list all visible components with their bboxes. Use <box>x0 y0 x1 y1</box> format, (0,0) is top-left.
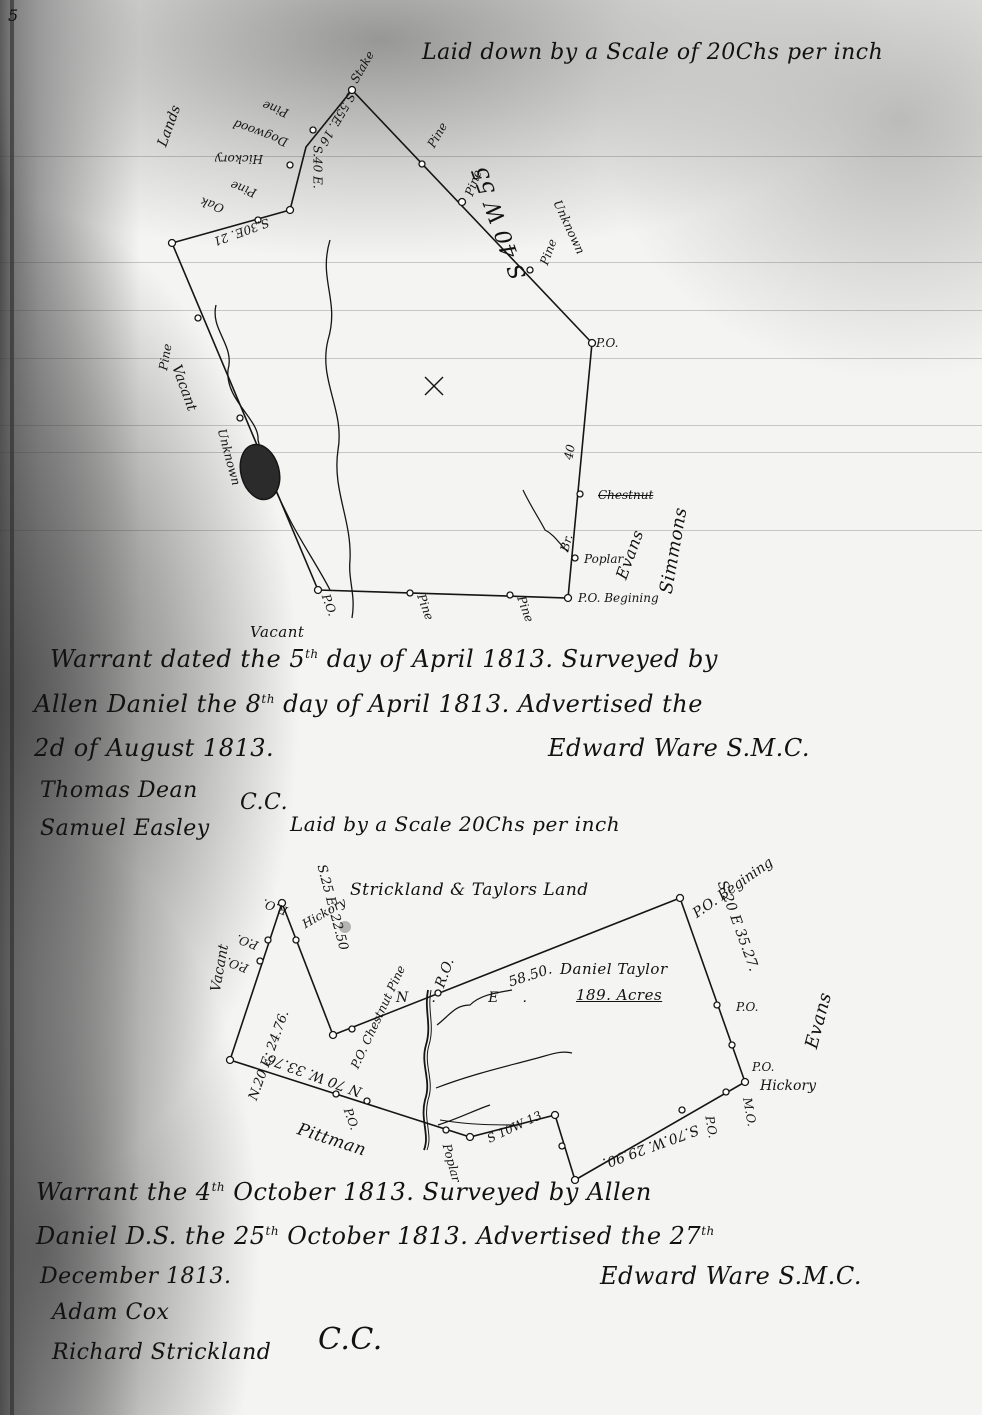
plat-2-acreage: 189. Acres <box>576 986 662 1004</box>
plat-2-chain-carrier-2: Richard Strickland <box>52 1340 271 1365</box>
plat-2-tract-name: Daniel Taylor <box>560 960 668 978</box>
plat-2-po-right-1: P.O. <box>736 1000 758 1014</box>
plat-2-po-right-2: P.O. <box>752 1060 774 1074</box>
plat-2-surveyor-signature: Edward Ware S.M.C. <box>600 1262 862 1290</box>
plat-2-adjoiner-top: Strickland & Taylors Land <box>350 880 589 900</box>
plat-2-cc-label: C.C. <box>318 1322 383 1357</box>
plat-2-chain-carrier-1: Adam Cox <box>52 1300 169 1325</box>
plat-2-cert-line-3: December 1813. <box>40 1264 231 1289</box>
plat-2-cert-line-1: Warrant the 4th October 1813. Surveyed b… <box>36 1178 652 1206</box>
plat-2-hickory-right: Hickory <box>760 1078 816 1094</box>
plat-2-cert-line-2: Daniel D.S. the 25th October 1813. Adver… <box>36 1222 715 1250</box>
plat-2-ne-mark: N. E. <box>396 990 551 1006</box>
